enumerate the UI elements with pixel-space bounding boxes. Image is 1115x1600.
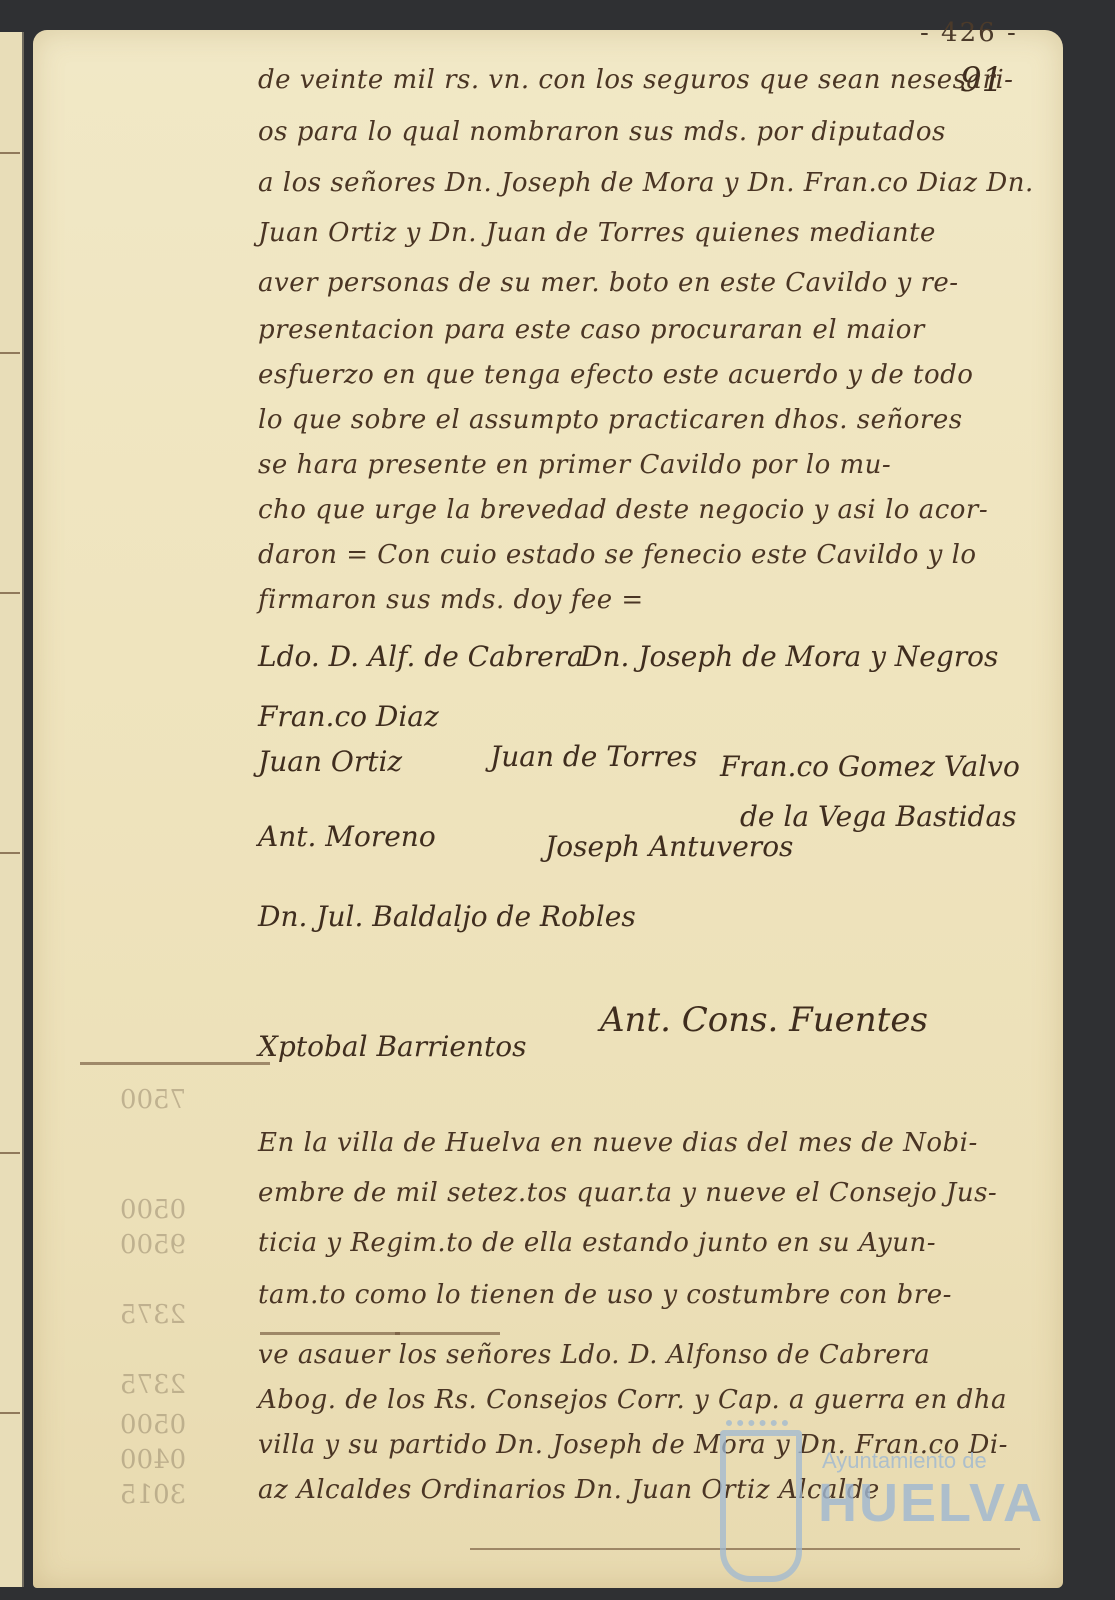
text-line: Abog. de los Rs. Consejos Corr. y Cap. a… — [258, 1385, 1007, 1415]
signature: Ldo. D. Alf. de Cabrera — [258, 640, 584, 673]
signature: Juan de Torres — [490, 740, 697, 773]
ink-fragment — [0, 152, 20, 154]
archive-watermark: Ayuntamiento de HUELVA — [720, 1420, 1115, 1590]
text-line: embre de mil setez.tos quar.ta y nueve e… — [258, 1178, 997, 1208]
signature: Xptobal Barrientos — [258, 1030, 527, 1063]
text-line: os para lo qual nombraron sus mds. por d… — [258, 117, 946, 147]
bleed-numeral: 7500 — [120, 1085, 186, 1115]
text-line: lo que sobre el assumpto practicaren dho… — [258, 405, 963, 435]
text-line: presentacion para este caso procuraran e… — [258, 315, 925, 345]
page-number: - 426 - — [920, 18, 1018, 48]
signature: de la Vega Bastidas — [740, 800, 1017, 833]
text-line: a los señores Dn. Joseph de Mora y Dn. F… — [258, 168, 1034, 198]
watermark-line2: HUELVA — [818, 1472, 1044, 1534]
text-line: ve asauer los señores Ldo. D. Alfonso de… — [258, 1340, 930, 1370]
signature: Fran.co Diaz — [258, 700, 439, 733]
ink-fragment — [0, 1412, 20, 1414]
text-line: esfuerzo en que tenga efecto este acuerd… — [258, 360, 973, 390]
bleed-numeral: 0500 — [120, 1410, 186, 1440]
text-line: cho que urge la brevedad deste negocio y… — [258, 495, 988, 525]
text-line: daron = Con cuio estado se fenecio este … — [258, 540, 977, 570]
signature: Juan Ortiz — [258, 745, 402, 778]
watermark-line1: Ayuntamiento de — [822, 1448, 987, 1474]
text-line: firmaron sus mds. doy fee = — [258, 585, 644, 615]
text-line: aver personas de su mer. boto en este Ca… — [258, 268, 959, 298]
text-line: ticia y Regim.to de ella estando junto e… — [258, 1228, 936, 1258]
text-line: En la villa de Huelva en nueve dias del … — [258, 1128, 978, 1158]
bleed-numeral: 0400 — [120, 1445, 186, 1475]
ink-fragment — [0, 592, 20, 594]
separator-rule — [395, 1332, 500, 1335]
signature: Dn. Jul. Baldaljo de Robles — [258, 900, 636, 933]
bleed-numeral: 0500 — [120, 1195, 186, 1225]
separator-rule — [80, 1062, 270, 1065]
ink-fragment — [0, 352, 20, 354]
signature: Joseph Antuveros — [545, 830, 793, 863]
signature: Ant. Cons. Fuentes — [600, 1000, 928, 1040]
signature: Fran.co Gomez Valvo — [720, 750, 1020, 783]
signature: Dn. Joseph de Mora y Negros — [580, 640, 998, 673]
bleed-numeral: 3015 — [120, 1480, 186, 1510]
coat-of-arms-icon — [720, 1430, 802, 1582]
text-line: se hara presente en primer Cavildo por l… — [258, 450, 891, 480]
bleed-numeral: 2375 — [120, 1370, 186, 1400]
text-line: Juan Ortiz y Dn. Juan de Torres quienes … — [258, 218, 936, 248]
text-line: tam.to como lo tienen de uso y costumbre… — [258, 1280, 952, 1310]
signature: Ant. Moreno — [258, 820, 436, 853]
previous-page-edge — [0, 32, 24, 1587]
ink-fragment — [0, 852, 20, 854]
text-line: de veinte mil rs. vn. con los seguros qu… — [258, 65, 1013, 95]
bleed-numeral: 9500 — [120, 1230, 186, 1260]
ink-fragment — [0, 1152, 20, 1154]
separator-rule — [260, 1332, 400, 1335]
bleed-numeral: 2375 — [120, 1300, 186, 1330]
